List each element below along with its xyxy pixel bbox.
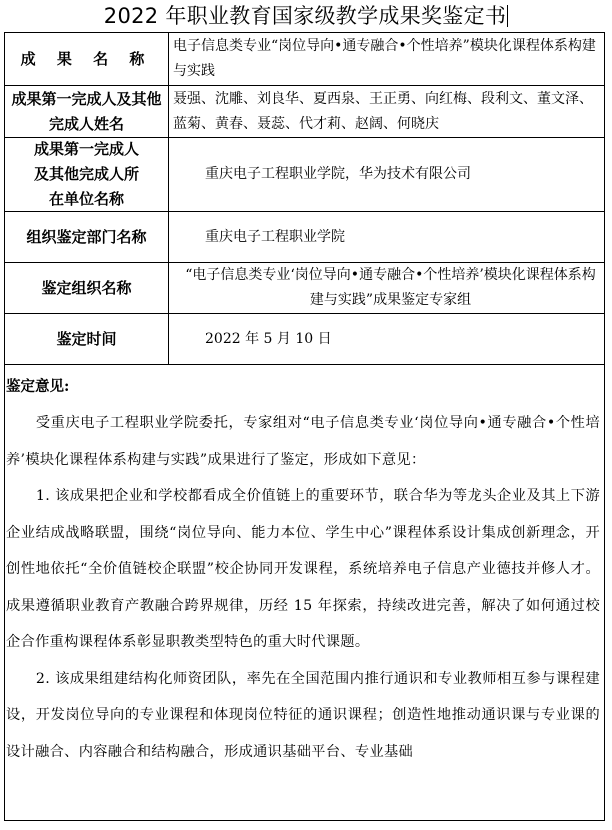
opinion-paragraph-2: 2. 该成果组建结构化师资团队，率先在全国范围内推行通识和专业教师相互参与课程建…: [6, 661, 600, 771]
label-contributors: 成果第一完成人及其他完成人姓名: [5, 86, 169, 137]
label-appraisal-date: 鉴定时间: [5, 314, 169, 364]
label-achievement-name: 成 果 名 称: [5, 33, 169, 85]
value-appraisal-group: “电子信息类专业‘岗位导向•通专融合•个性培养’模块化课程体系构建与实践”成果鉴…: [169, 263, 604, 313]
value-organizations: 重庆电子工程职业学院，华为技术有限公司: [169, 138, 604, 211]
label-organizations: 成果第一完成人及其他完成人所在单位名称: [5, 138, 169, 211]
opinion-paragraph-intro: 受重庆电子工程职业学院委托，专家组对“电子信息类专业‘岗位导向•通专融合•个性培…: [6, 405, 600, 478]
opinion-body: 受重庆电子工程职业学院委托，专家组对“电子信息类专业‘岗位导向•通专融合•个性培…: [6, 405, 600, 770]
value-appraisal-date: 2022 年 5 月 10 日: [169, 314, 604, 364]
row-contributors: 成果第一完成人及其他完成人姓名 聂强、沈雕、刘良华、夏西泉、王正勇、向红梅、段利…: [5, 86, 604, 138]
row-achievement-name: 成 果 名 称 电子信息类专业“岗位导向•通专融合•个性培养”模块化课程体系构建…: [5, 33, 604, 86]
label-appraisal-group: 鉴定组织名称: [5, 263, 169, 313]
text-cursor: [507, 5, 508, 27]
label-appraisal-department: 组织鉴定部门名称: [5, 212, 169, 262]
opinion-heading: 鉴定意见:: [6, 375, 69, 396]
appraisal-form-table: 成 果 名 称 电子信息类专业“岗位导向•通专融合•个性培养”模块化课程体系构建…: [4, 32, 605, 821]
row-organizations: 成果第一完成人及其他完成人所在单位名称 重庆电子工程职业学院，华为技术有限公司: [5, 138, 604, 212]
document-title: 2022 年职业教育国家级教学成果奖鉴定书: [0, 2, 612, 30]
row-appraisal-group: 鉴定组织名称 “电子信息类专业‘岗位导向•通专融合•个性培养’模块化课程体系构建…: [5, 263, 604, 314]
value-appraisal-department: 重庆电子工程职业学院: [169, 212, 604, 262]
row-appraisal-department: 组织鉴定部门名称 重庆电子工程职业学院: [5, 212, 604, 263]
opinion-paragraph-1: 1. 该成果把企业和学校都看成全价值链上的重要环节，联合华为等龙头企业及其上下游…: [6, 478, 600, 661]
document-title-text: 2022 年职业教育国家级教学成果奖鉴定书: [104, 4, 506, 28]
row-appraisal-date: 鉴定时间 2022 年 5 月 10 日: [5, 314, 604, 365]
value-contributors: 聂强、沈雕、刘良华、夏西泉、王正勇、向红梅、段利文、董文泽、蓝菊、黄春、聂蕊、代…: [169, 86, 604, 137]
value-achievement-name: 电子信息类专业“岗位导向•通专融合•个性培养”模块化课程体系构建与实践: [169, 33, 604, 85]
